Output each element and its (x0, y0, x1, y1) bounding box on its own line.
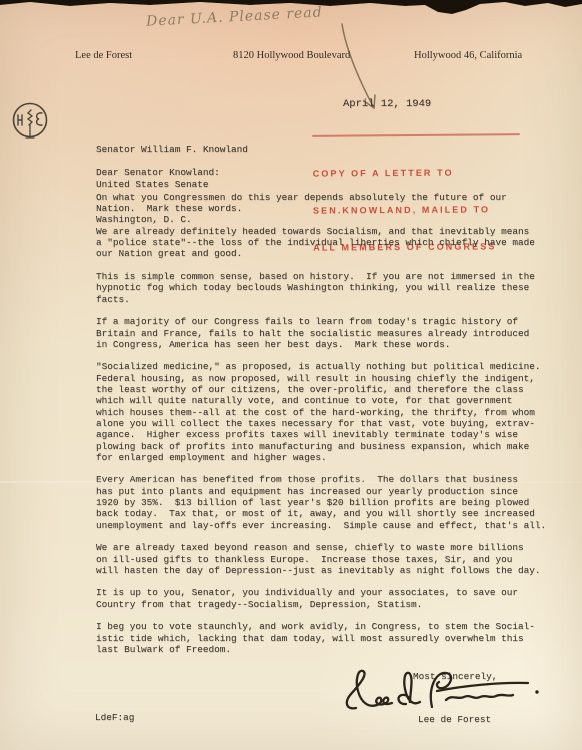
signature-typed-name: Lee de Forest (418, 714, 491, 725)
recipient-line-2: United States Senate (96, 179, 248, 191)
paragraph-1: On what you Congressmen do this year dep… (96, 192, 548, 215)
paragraph-5: "Socialized medicine," as proposed, is a… (96, 361, 548, 463)
letterhead-street: 8120 Hollywood Boulevard (233, 50, 350, 61)
recipient-line-1: Senator William F. Knowland (96, 144, 248, 156)
paragraph-9: I beg you to vote staunchly, and work av… (96, 621, 548, 655)
paragraph-2: We are already definitely headed towards… (96, 226, 548, 260)
letterhead: Lee de Forest 8120 Hollywood Boulevard H… (0, 50, 582, 66)
paper-crease (0, 481, 582, 483)
salutation: Dear Senator Knowland: (96, 167, 220, 178)
paragraph-3: This is simple common sense, based on hi… (96, 271, 548, 305)
triode-tube-emblem-stamp (8, 99, 52, 147)
paragraph-4: If a majority of our Congress fails to l… (96, 316, 548, 350)
letter-date: April 12, 1949 (343, 98, 431, 110)
letter-body: On what you Congressmen do this year dep… (96, 192, 548, 666)
paragraph-8: It is up to you, Senator, you individual… (96, 587, 548, 610)
letterhead-city: Hollywood 46, California (414, 50, 522, 61)
red-pencil-line (312, 133, 520, 137)
scanned-letter: Dear U.A. Please read Lee de Forest 8120… (0, 0, 582, 750)
stamp-line-1: COPY OF A LETTER TO (313, 166, 496, 180)
paragraph-7: We are already taxed beyond reason and s… (96, 542, 548, 576)
letter-page: Dear U.A. Please read Lee de Forest 8120… (0, 0, 582, 750)
letterhead-name: Lee de Forest (75, 50, 132, 61)
reference-initials: LdeF:ag (95, 712, 134, 723)
